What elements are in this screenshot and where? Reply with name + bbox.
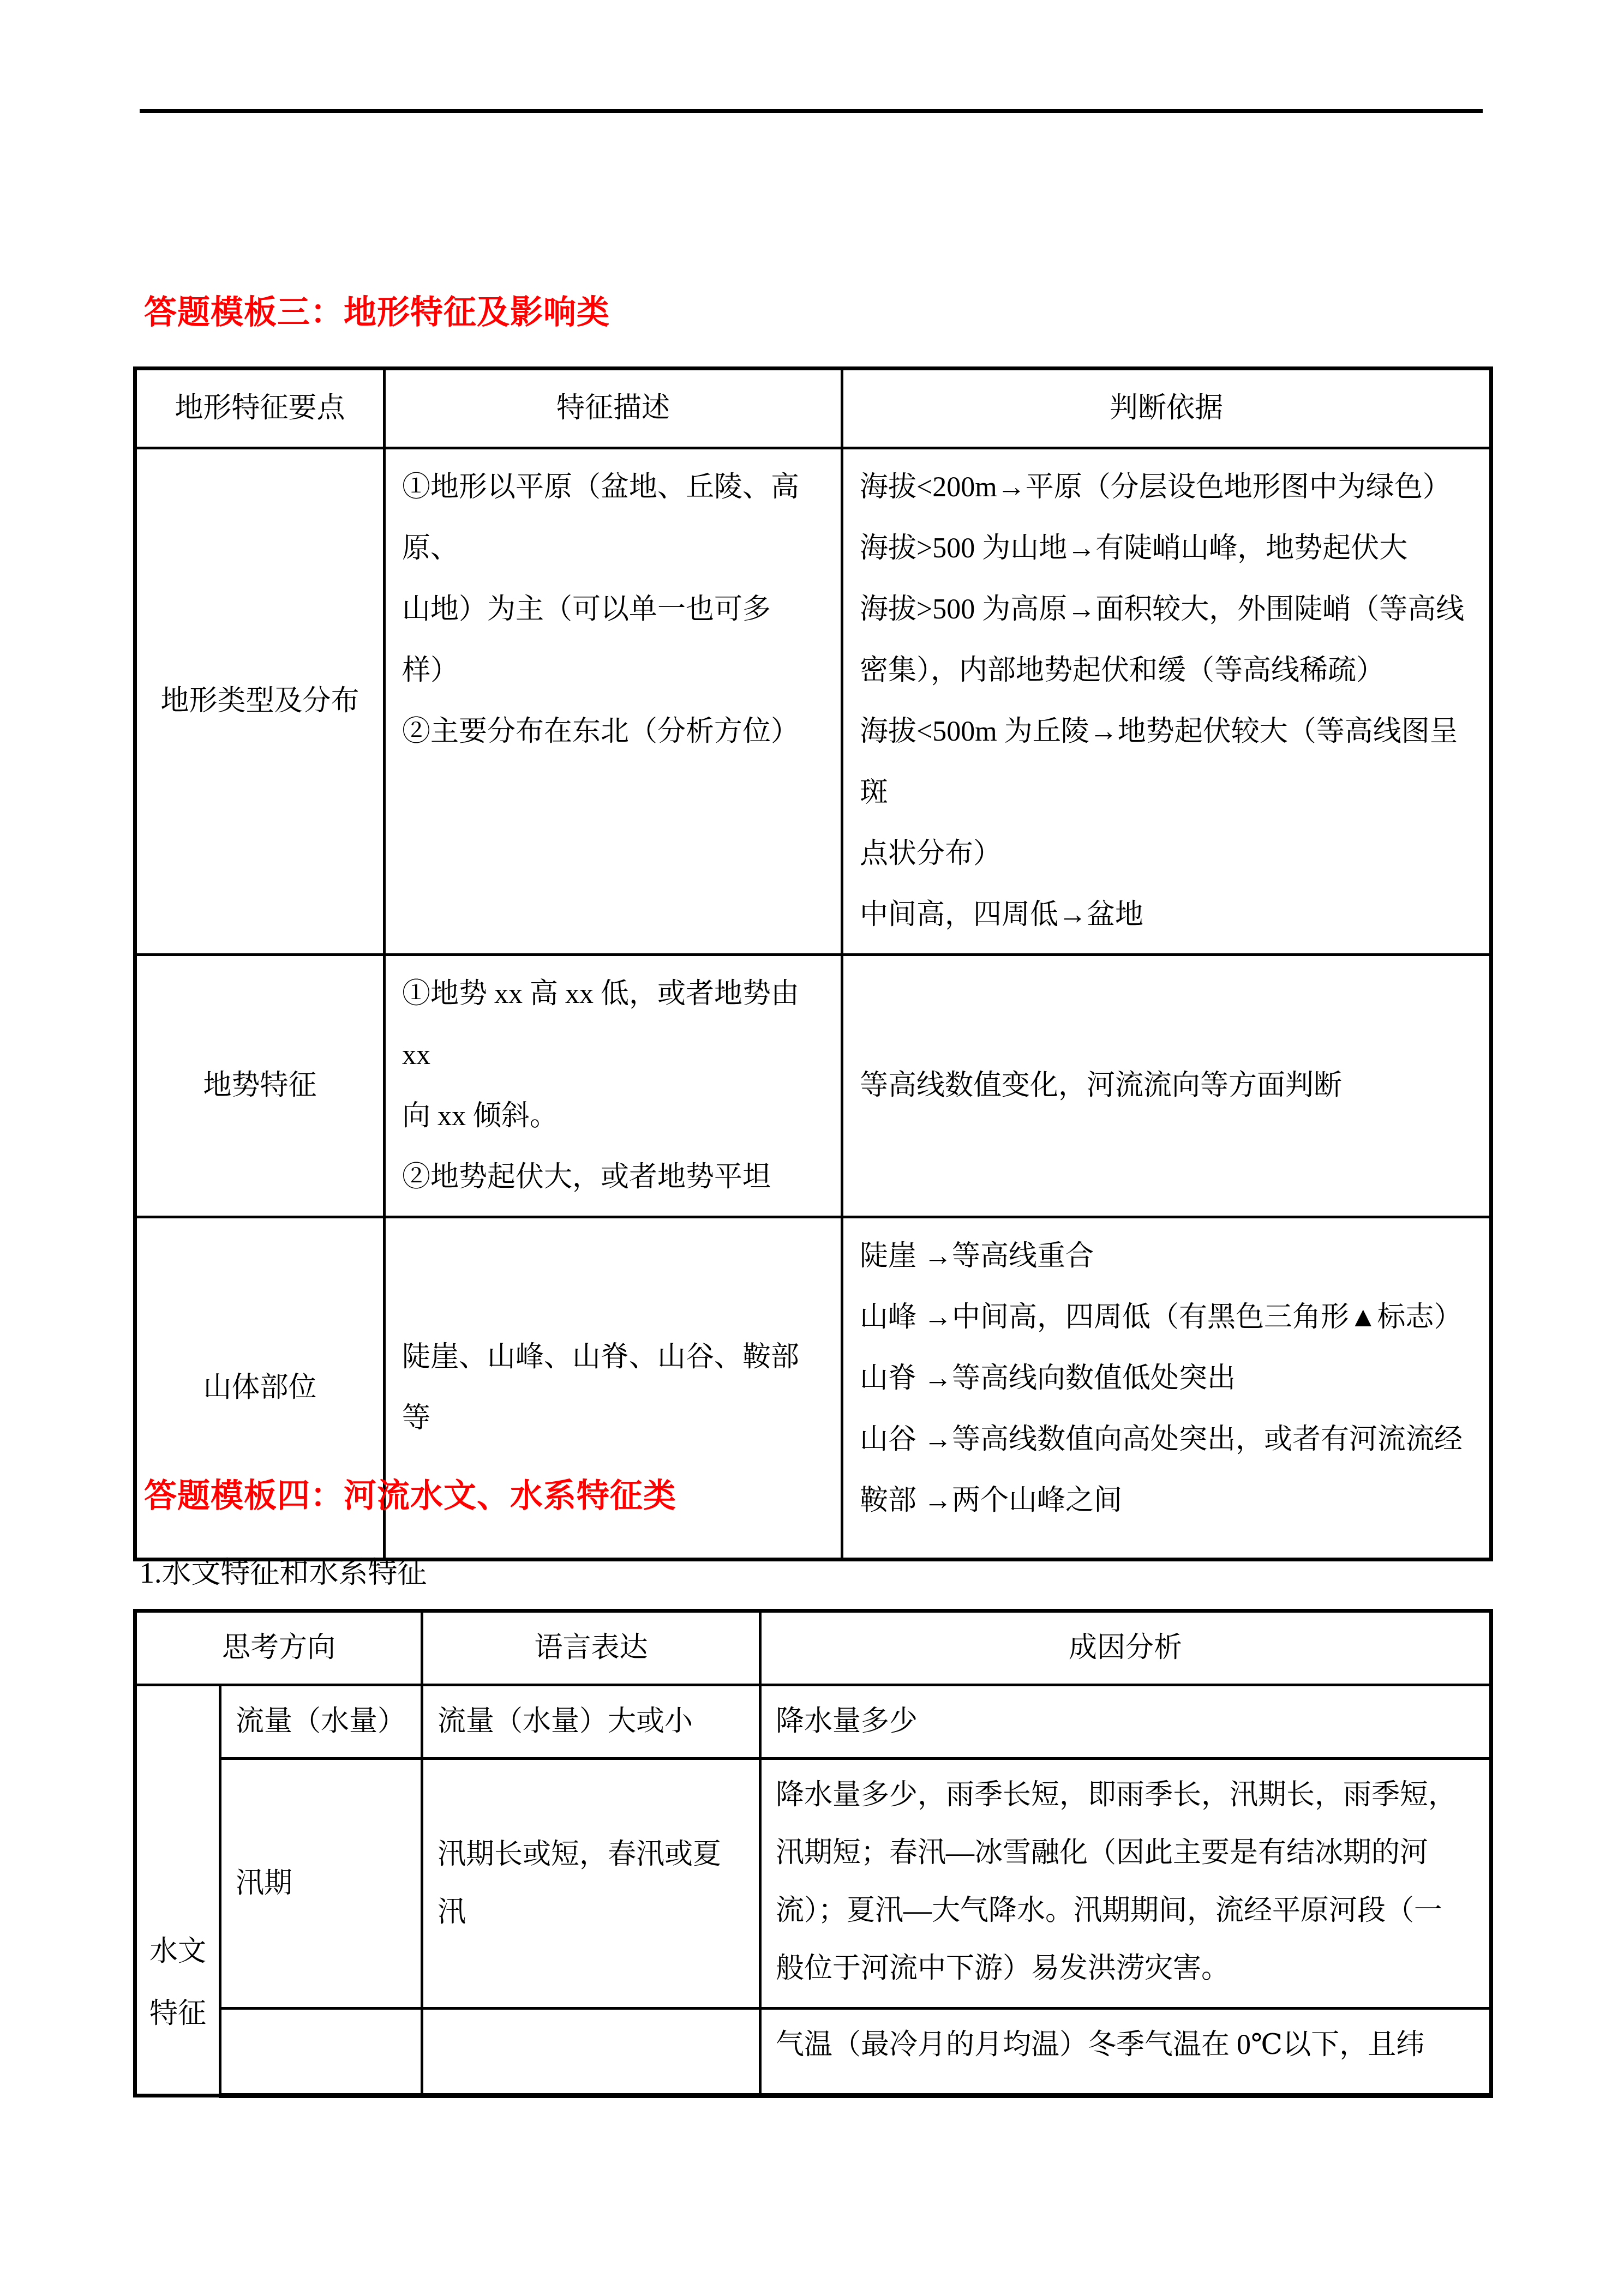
section3-heading: 答题模板三：地形特征及影响类 (144, 292, 610, 333)
terrain-row-basis: 陡崖 →等高线重合 山峰 →中间高，四周低（有黑色三角形▲标志） 山脊 →等高线… (842, 1217, 1491, 1560)
hydrology-group-label-cell: 水文 特征 (135, 1685, 220, 2096)
table-row: 地形类型及分布 ①地形以平原（盆地、丘陵、高原、 山地）为主（可以单一也可多样）… (135, 448, 1491, 955)
terrain-row-label: 地势特征 (135, 955, 385, 1217)
hydrology-row-aspect: 汛期 (220, 1759, 422, 2009)
terrain-row-label: 地形类型及分布 (135, 448, 385, 955)
terrain-header-keypoint: 地形特征要点 (135, 369, 385, 448)
terrain-header-basis: 判断依据 (842, 369, 1491, 448)
terrain-feature-table: 地形特征要点 特征描述 判断依据 地形类型及分布 ①地形以平原（盆地、丘陵、高原… (133, 366, 1493, 1561)
hydrology-header-expression: 语言表达 (422, 1611, 760, 1685)
group-label-line1: 水文 (149, 1937, 206, 1967)
hydrology-row-expression: 流量（水量）大或小 (422, 1685, 760, 1759)
section4-heading: 答题模板四：河流水文、水系特征类 (144, 1475, 676, 1516)
hydrology-header-direction: 思考方向 (135, 1611, 422, 1685)
hydrology-subheading: 1.水文特征和水系特征 (140, 1555, 427, 1591)
hydrology-row-aspect: 流量（水量） (220, 1685, 422, 1759)
header-rule (140, 109, 1483, 113)
hydrology-header-cause: 成因分析 (760, 1611, 1491, 1685)
terrain-row-description: ①地形以平原（盆地、丘陵、高原、 山地）为主（可以单一也可多样） ②主要分布在东… (385, 448, 842, 955)
terrain-row-description: ①地势 xx 高 xx 低，或者地势由 xx 向 xx 倾斜。 ②地势起伏大，或… (385, 955, 842, 1217)
terrain-header-description: 特征描述 (385, 369, 842, 448)
terrain-row-basis: 等高线数值变化，河流流向等方面判断 (842, 955, 1491, 1217)
hydrology-row-cause: 降水量多少 (760, 1685, 1491, 1759)
hydrology-row-aspect-empty (220, 2009, 422, 2096)
table-row: 地势特征 ①地势 xx 高 xx 低，或者地势由 xx 向 xx 倾斜。 ②地势… (135, 955, 1491, 1217)
table-row-truncated: 气温（最冷月的月均温）冬季气温在 0℃以下，且纬 (135, 2009, 1491, 2096)
hydrology-row-expression-empty (422, 2009, 760, 2096)
table-row: 水文 特征 流量（水量） 流量（水量）大或小 降水量多少 (135, 1685, 1491, 1759)
terrain-table-header-row: 地形特征要点 特征描述 判断依据 (135, 369, 1491, 448)
hydrology-table-header-row: 思考方向 语言表达 成因分析 (135, 1611, 1491, 1685)
group-label-line2: 特征 (149, 1999, 206, 2029)
hydrology-group-label: 水文 特征 (151, 1937, 205, 2029)
hydrology-table: 思考方向 语言表达 成因分析 水文 特征 流量（水量） 流量（水量）大或小 降水… (133, 1609, 1493, 2098)
hydrology-row-cause: 降水量多少，雨季长短，即雨季长，汛期长，雨季短， 汛期短；春汛—冰雪融化（因此主… (760, 1759, 1491, 2009)
document-page: 答题模板三：地形特征及影响类 地形特征要点 特征描述 判断依据 地形类型及分布 … (0, 0, 1624, 2296)
terrain-row-basis: 海拔<200m→平原（分层设色地形图中为绿色） 海拔>500 为山地→有陡峭山峰… (842, 448, 1491, 955)
hydrology-row-expression: 汛期长或短，春汛或夏汛 (422, 1759, 760, 2009)
hydrology-row-cause: 气温（最冷月的月均温）冬季气温在 0℃以下，且纬 (760, 2009, 1491, 2096)
table-row: 汛期 汛期长或短，春汛或夏汛 降水量多少，雨季长短，即雨季长，汛期长，雨季短， … (135, 1759, 1491, 2009)
